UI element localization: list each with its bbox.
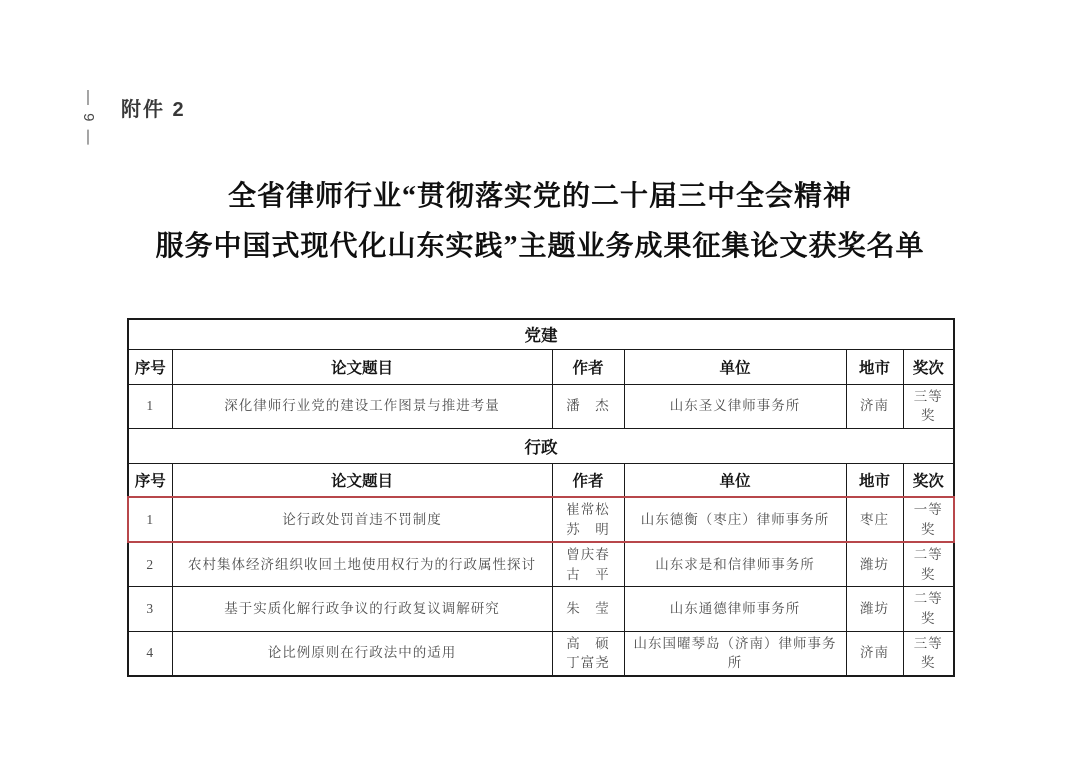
col-header-award: 奖次 xyxy=(903,463,954,497)
section-title-xingzheng: 行政 xyxy=(128,428,954,463)
cell-award: 三等奖 xyxy=(903,384,954,428)
cell-no: 2 xyxy=(128,542,172,587)
page-number: — 9 — xyxy=(80,90,97,160)
cell-award: 二等奖 xyxy=(903,542,954,587)
cell-title: 农村集体经济组织收回土地使用权行为的行政属性探讨 xyxy=(172,542,552,587)
document-title-line1: 全省律师行业“贯彻落实党的二十届三中全会精神 xyxy=(0,172,1080,222)
document-title-line2: 服务中国式现代化山东实践”主题业务成果征集论文获奖名单 xyxy=(0,222,1080,272)
col-header-city: 地市 xyxy=(846,349,903,384)
cell-author: 崔常松 苏 明 xyxy=(552,497,624,542)
cell-org: 山东国曜琴岛（济南）律师事务所 xyxy=(624,631,846,676)
cell-award: 一等奖 xyxy=(903,497,954,542)
table-row: 1 深化律师行业党的建设工作图景与推进考量 潘 杰 山东圣义律师事务所 济南 三… xyxy=(128,384,954,428)
document-title: 全省律师行业“贯彻落实党的二十届三中全会精神 服务中国式现代化山东实践”主题业务… xyxy=(0,172,1080,272)
section-title-dangjian: 党建 xyxy=(128,319,954,349)
cell-title: 深化律师行业党的建设工作图景与推进考量 xyxy=(172,384,552,428)
table-row: 3 基于实质化解行政争议的行政复议调解研究 朱 莹 山东通德律师事务所 潍坊 二… xyxy=(128,587,954,631)
table-row: 4 论比例原则在行政法中的适用 高 硕 丁富尧 山东国曜琴岛（济南）律师事务所 … xyxy=(128,631,954,676)
cell-city: 济南 xyxy=(846,384,903,428)
cell-title: 基于实质化解行政争议的行政复议调解研究 xyxy=(172,587,552,631)
cell-no: 1 xyxy=(128,497,172,542)
cell-no: 4 xyxy=(128,631,172,676)
cell-award: 三等奖 xyxy=(903,631,954,676)
cell-org: 山东德衡（枣庄）律师事务所 xyxy=(624,497,846,542)
cell-city: 枣庄 xyxy=(846,497,903,542)
cell-org: 山东圣义律师事务所 xyxy=(624,384,846,428)
cell-no: 3 xyxy=(128,587,172,631)
award-table: 党建 序号 论文题目 作者 单位 地市 奖次 1 深化律师行业党的建设工作图景与… xyxy=(127,318,955,677)
cell-no: 1 xyxy=(128,384,172,428)
col-header-author: 作者 xyxy=(552,463,624,497)
attachment-label: 附件 2 xyxy=(121,93,186,122)
col-header-org: 单位 xyxy=(624,463,846,497)
col-header-title: 论文题目 xyxy=(172,463,552,497)
cell-title: 论行政处罚首违不罚制度 xyxy=(172,497,552,542)
col-header-award: 奖次 xyxy=(903,349,954,384)
section-row-dangjian: 党建 xyxy=(128,319,954,349)
table-row-highlighted: 1 论行政处罚首违不罚制度 崔常松 苏 明 山东德衡（枣庄）律师事务所 枣庄 一… xyxy=(128,497,954,542)
col-header-org: 单位 xyxy=(624,349,846,384)
col-header-author: 作者 xyxy=(552,349,624,384)
col-header-city: 地市 xyxy=(846,463,903,497)
col-header-title: 论文题目 xyxy=(172,349,552,384)
cell-author: 曾庆春 古 平 xyxy=(552,542,624,587)
cell-org: 山东通德律师事务所 xyxy=(624,587,846,631)
cell-author: 朱 莹 xyxy=(552,587,624,631)
cell-city: 潍坊 xyxy=(846,542,903,587)
document-page: — 9 — 附件 2 全省律师行业“贯彻落实党的二十届三中全会精神 服务中国式现… xyxy=(0,0,1080,764)
cell-city: 济南 xyxy=(846,631,903,676)
col-header-no: 序号 xyxy=(128,463,172,497)
cell-author: 高 硕 丁富尧 xyxy=(552,631,624,676)
cell-award: 二等奖 xyxy=(903,587,954,631)
col-header-no: 序号 xyxy=(128,349,172,384)
cell-author: 潘 杰 xyxy=(552,384,624,428)
section-row-xingzheng: 行政 xyxy=(128,428,954,463)
header-row: 序号 论文题目 作者 单位 地市 奖次 xyxy=(128,463,954,497)
cell-title: 论比例原则在行政法中的适用 xyxy=(172,631,552,676)
cell-city: 潍坊 xyxy=(846,587,903,631)
header-row: 序号 论文题目 作者 单位 地市 奖次 xyxy=(128,349,954,384)
table-row: 2 农村集体经济组织收回土地使用权行为的行政属性探讨 曾庆春 古 平 山东求是和… xyxy=(128,542,954,587)
cell-org: 山东求是和信律师事务所 xyxy=(624,542,846,587)
